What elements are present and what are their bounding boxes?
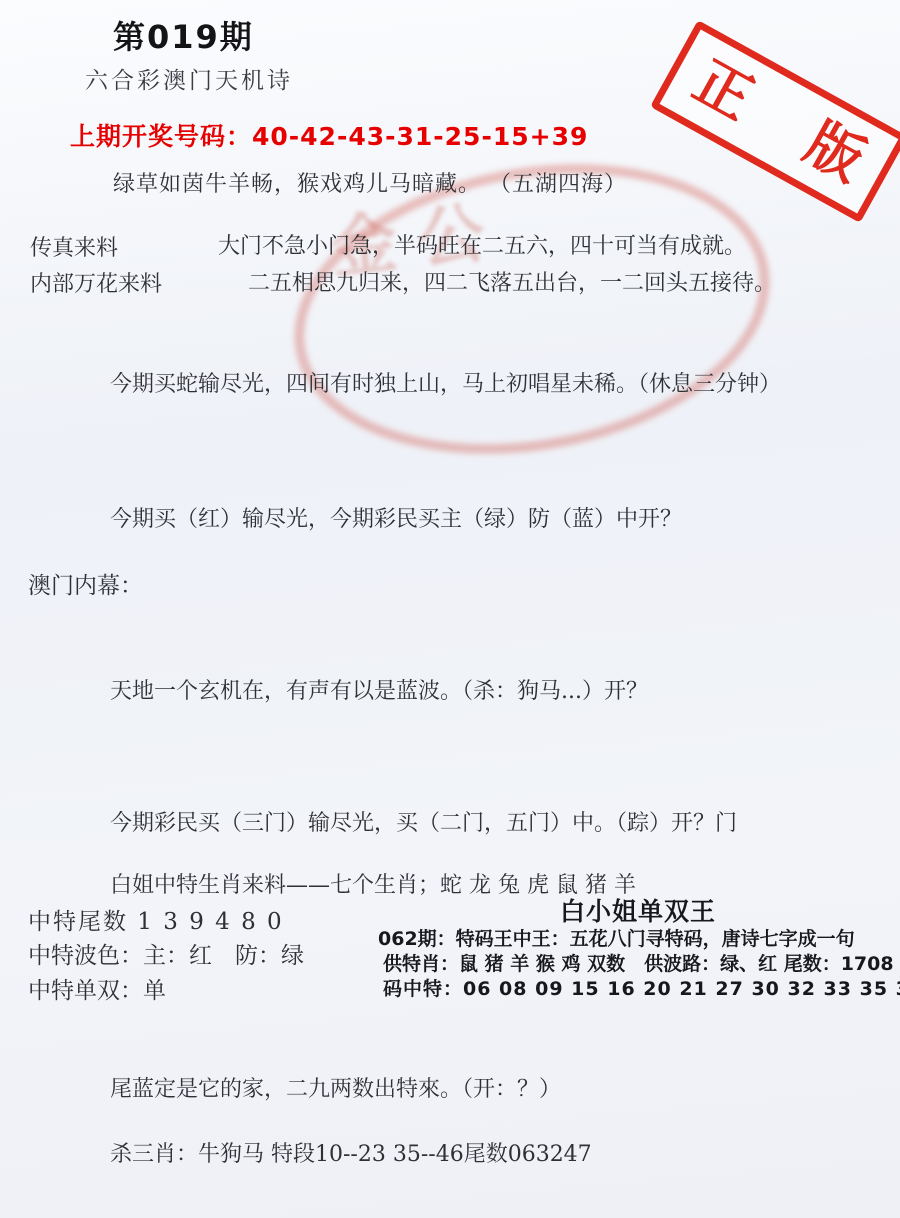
tail-numbers-line: 中特尾数 1 3 9 4 8 0 — [28, 903, 284, 936]
fax-source-text: 大门不急小门急，半码旺在二五六，四十可当有成就。 — [218, 229, 746, 260]
fax-source-label: 传真来料 — [30, 231, 118, 262]
issue-title: 第019期 — [113, 12, 254, 58]
odd-even-line: 中特单双：单 — [28, 972, 166, 1005]
last-draw-numbers: 上期开奖号码：40-42-43-31-25-15+39 — [70, 117, 588, 153]
genuine-edition-stamp-label: 正 版 — [662, 40, 895, 203]
color-tip-line: 今期买（红）输尽光，今期彩民买主（绿）防（蓝）中开？ — [110, 502, 682, 533]
internal-source-label: 内部万花来料 — [30, 267, 162, 298]
mystery-poem-line: 天地一个玄机在，有声有以是蓝波。（杀：狗马...）开？ — [110, 674, 648, 705]
white-lady-line2: 供特肖：鼠 猪 羊 猴 鸡 双数 供波路：绿、红 尾数：1708 — [383, 949, 894, 976]
snake-poem-line: 今期买蛇输尽光，四间有时独上山，马上初唱星未稀。（休息三分钟） — [110, 367, 781, 398]
internal-source-text: 二五相思九归来，四二飞落五出台，一二回头五接待。 — [248, 266, 776, 297]
zodiac-tip-line: 白姐中特生肖来料——七个生肖；蛇 龙 兔 虎 鼠 猪 羊 — [110, 868, 636, 899]
white-lady-line1: 062期：特码王中王：五花八门寻特码，唐诗七字成一句 — [378, 924, 855, 951]
tail-blue-line: 尾蓝定是它的家，二九两数出特來。（开：？） — [110, 1072, 561, 1103]
white-lady-line3: 码中特：06 08 09 15 16 20 21 27 30 32 33 35 … — [383, 974, 900, 1001]
macau-insider-label: 澳门内幕： — [28, 567, 143, 600]
white-lady-title: 白小姐单双王 — [560, 892, 716, 928]
doors-tip-line: 今期彩民买（三门）输尽光，买（二门，五门）中。（踪）开？门 — [110, 806, 737, 837]
page-subtitle: 六合彩澳门天机诗 — [85, 62, 293, 95]
wave-color-line: 中特波色：主：红 防：绿 — [28, 937, 304, 970]
kill-three-zodiac-line: 杀三肖：牛狗马 特段10--23 35--46尾数063247 — [110, 1137, 592, 1168]
poem-main-line: 绿草如茵牛羊畅，猴戏鸡儿马暗藏。 （五湖四海） — [113, 167, 627, 198]
